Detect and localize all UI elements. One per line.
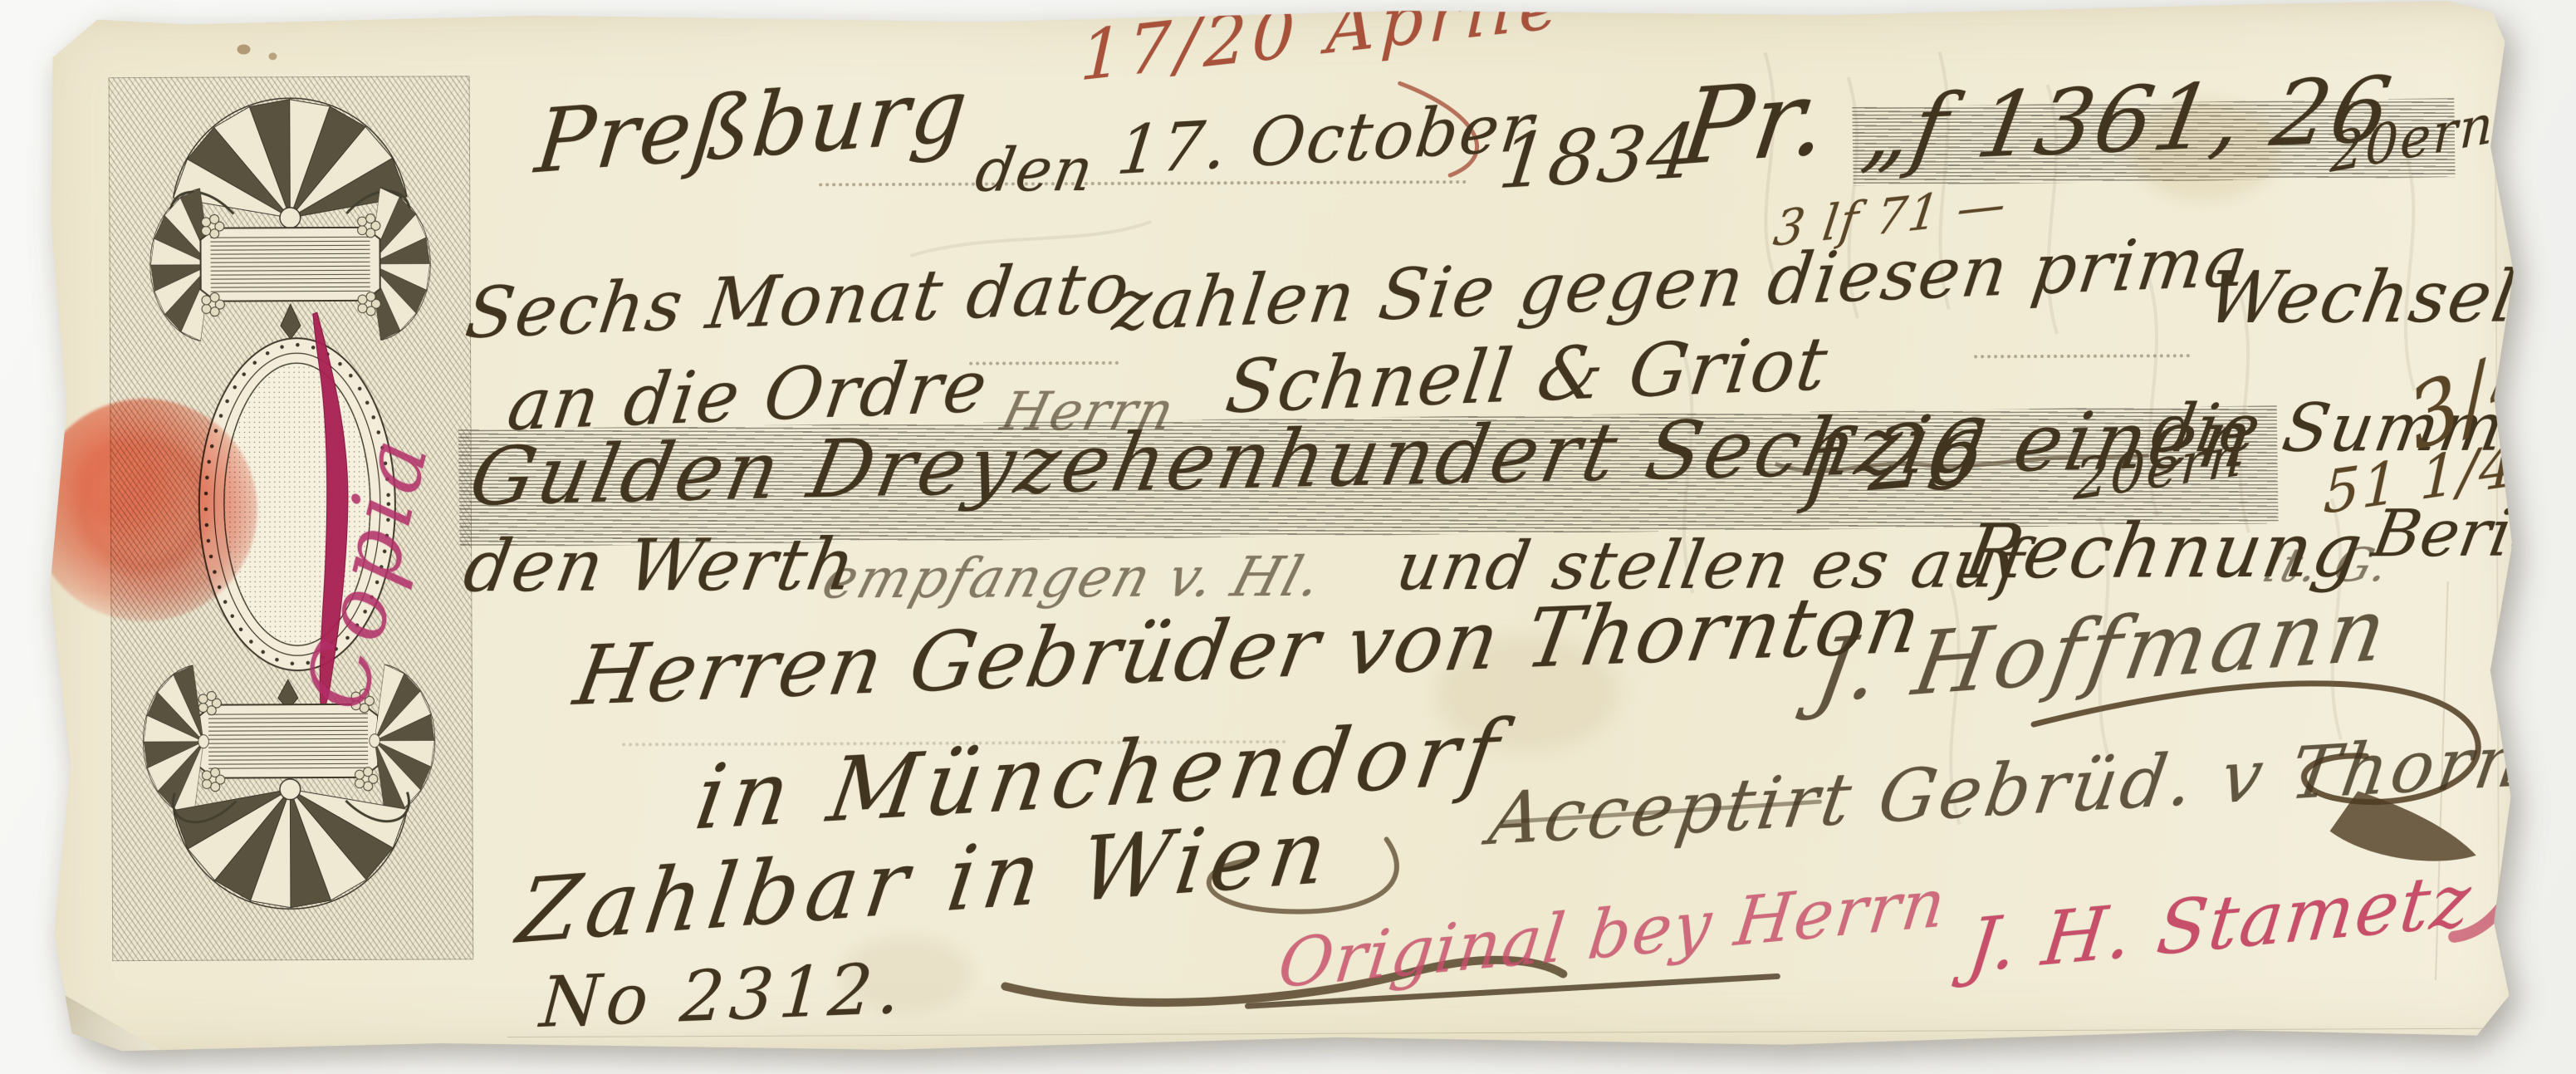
- amount-figures: „f 1361, 26: [1856, 58, 2399, 184]
- scanned-document-stage: Copia 17/20 Aprile Preßburg den 17. Octo…: [0, 0, 2576, 1074]
- acceptance-note: Acceptirt Gebrüd. v Thornton: [1484, 712, 2576, 861]
- original-location-note: Original bey Herrn: [1275, 864, 1952, 1003]
- value-clause-1: den Werth: [458, 523, 863, 608]
- amount-words-figures: f 26: [1801, 400, 1992, 516]
- dotted-guide: [1974, 354, 2190, 358]
- serial-number: No 2312.: [537, 948, 907, 1044]
- dotted-guide: [969, 361, 1119, 365]
- instrument-word: Wechsel: [2201, 255, 2525, 340]
- red-due-date-note: 17/20 Aprile: [1079, 0, 1565, 97]
- per-label: Pr.: [1674, 56, 1836, 189]
- bill-of-exchange-paper: Copia 17/20 Aprile Preßburg den 17. Octo…: [37, 0, 2531, 1059]
- date-prefix: den: [971, 135, 1100, 205]
- date-day-month: 17. October: [1113, 88, 1538, 189]
- term-clause: Sechs Monat dato: [461, 247, 1135, 355]
- date-year: 1834: [1495, 107, 1702, 206]
- value-clause-2: empfangen v. Hl.: [815, 545, 1330, 611]
- folded-corner: [45, 983, 171, 1057]
- value-clause-6: Bericht: [2367, 496, 2576, 571]
- banker-signature: J. H. Stametz & Co: [1963, 836, 2576, 989]
- corner-speck: [268, 52, 277, 60]
- corner-speck: [237, 44, 250, 54]
- paper-wrapper: Copia 17/20 Aprile Preßburg den 17. Octo…: [37, 0, 2531, 1059]
- place-name: Preßburg: [531, 59, 973, 194]
